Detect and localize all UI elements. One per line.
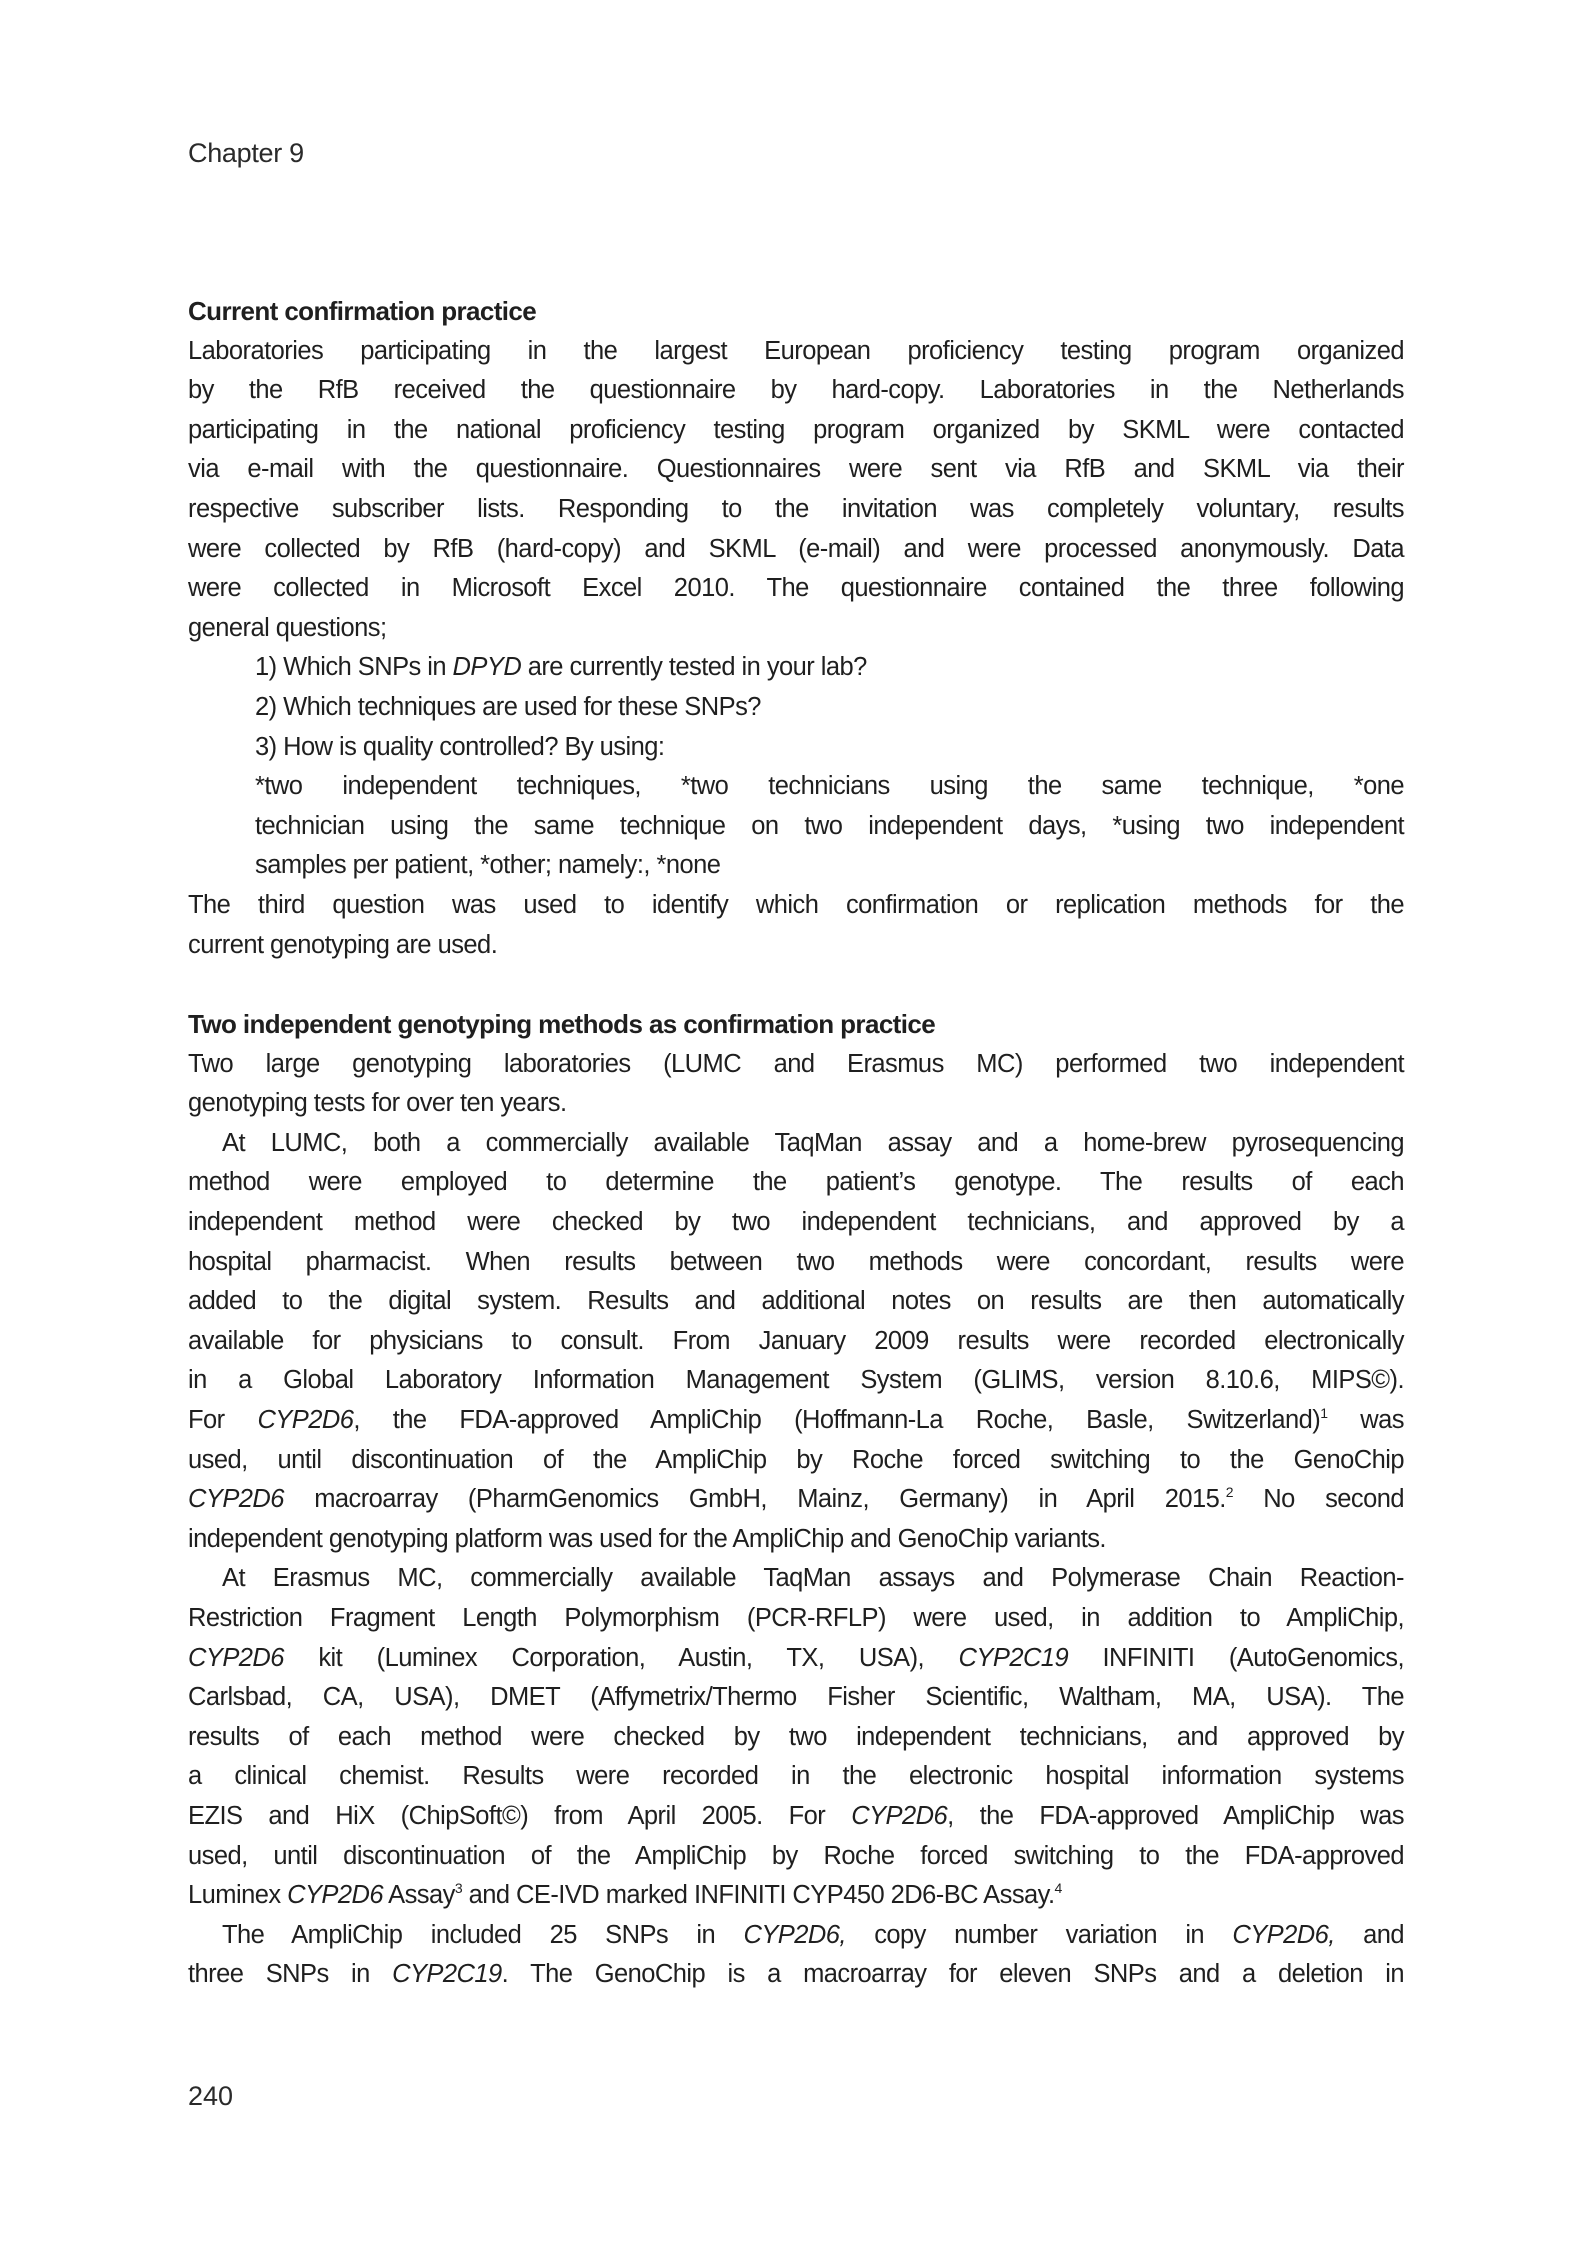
text-line: Two large genotyping laboratories (LUMC …: [188, 1045, 1404, 1085]
text-run: copy number variation in: [846, 1921, 1232, 1949]
reference-superscript[interactable]: 4: [1055, 1880, 1062, 1896]
gene-name: DPYD: [453, 653, 522, 681]
section-heading-two-methods: Two independent genotyping methods as co…: [188, 1005, 1404, 1045]
text-run: macroarray (PharmGenomics GmbH, Mainz, G…: [284, 1485, 1226, 1513]
text-run: No second: [1233, 1485, 1404, 1513]
text-run: and CE-IVD marked INFINITI CYP450 2D6-BC…: [462, 1881, 1054, 1909]
text-line: respective subscriber lists. Responding …: [188, 490, 1404, 530]
gene-name: CYP2D6: [287, 1881, 383, 1909]
text-line: added to the digital system. Results and…: [188, 1282, 1404, 1322]
text-line: participating in the national proficienc…: [188, 411, 1404, 451]
text-run: Luminex: [188, 1881, 287, 1909]
text-line: a clinical chemist. Results were recorde…: [188, 1757, 1404, 1797]
document-page: Chapter 9 Current confirmation practice …: [0, 0, 1594, 2250]
gene-name: CYP2D6: [188, 1644, 284, 1672]
text-line: in a Global Laboratory Information Manag…: [188, 1361, 1404, 1401]
paragraph-amplichip: The AmpliChip included 25 SNPs in CYP2D6…: [188, 1916, 1404, 1995]
text-line: were collected by RfB (hard-copy) and SK…: [188, 530, 1404, 570]
text-line: three SNPs in CYP2C19. The GenoChip is a…: [188, 1955, 1404, 1995]
question-item-1: 1) Which SNPs in DPYD are currently test…: [255, 648, 1404, 688]
text-line: genotyping tests for over ten years.: [188, 1084, 1404, 1124]
text-run: was: [1327, 1406, 1404, 1434]
text-line: via e-mail with the questionnaire. Quest…: [188, 450, 1404, 490]
paragraph-questionnaire: Laboratories participating in the larges…: [188, 332, 1404, 649]
text-line: EZIS and HiX (ChipSoft©) from April 2005…: [188, 1797, 1404, 1837]
text-run: , the FDA-approved AmpliChip (Hoffmann-L…: [353, 1406, 1320, 1434]
text-line: available for physicians to consult. Fro…: [188, 1322, 1404, 1362]
paragraph-third-question: The third question was used to identify …: [188, 886, 1404, 965]
text-line: At LUMC, both a commercially available T…: [188, 1124, 1404, 1164]
text-line: method were employed to determine the pa…: [188, 1163, 1404, 1203]
gene-name: CYP2D6,: [743, 1921, 845, 1949]
text-line: CYP2D6 macroarray (PharmGenomics GmbH, M…: [188, 1480, 1404, 1520]
option-line: *two independent techniques, *two techni…: [255, 767, 1404, 807]
paragraph-lumc: At LUMC, both a commercially available T…: [188, 1124, 1404, 1560]
text-line: used, until discontinuation of the Ampli…: [188, 1441, 1404, 1481]
text-line: by the RfB received the questionnaire by…: [188, 371, 1404, 411]
paragraph-intro: Two large genotyping laboratories (LUMC …: [188, 1045, 1404, 1124]
text-line: current genotyping are used.: [188, 926, 1404, 966]
text-line: CYP2D6 kit (Luminex Corporation, Austin,…: [188, 1639, 1404, 1679]
text-line: The third question was used to identify …: [188, 886, 1404, 926]
section-heading-current-confirmation: Current confirmation practice: [188, 292, 1404, 332]
question-item-2: 2) Which techniques are used for these S…: [255, 688, 1404, 728]
text-line: At Erasmus MC, commercially available Ta…: [188, 1559, 1404, 1599]
text-line: Luminex CYP2D6 Assay3 and CE-IVD marked …: [188, 1876, 1404, 1916]
reference-superscript[interactable]: 3: [455, 1880, 462, 1896]
gene-name: CYP2D6: [257, 1406, 353, 1434]
text-line: were collected in Microsoft Excel 2010. …: [188, 569, 1404, 609]
text-line: For CYP2D6, the FDA-approved AmpliChip (…: [188, 1401, 1404, 1441]
text-line: Carlsbad, CA, USA), DMET (Affymetrix/The…: [188, 1678, 1404, 1718]
gene-name: CYP2D6: [851, 1802, 947, 1830]
text-line: The AmpliChip included 25 SNPs in CYP2D6…: [188, 1916, 1404, 1956]
gene-name: CYP2C19: [392, 1960, 502, 1988]
text-line: results of each method were checked by t…: [188, 1718, 1404, 1758]
text-line: general questions;: [188, 609, 1404, 649]
section-gap: [188, 965, 1404, 1005]
body-text: Current confirmation practice Laboratori…: [188, 292, 1404, 1995]
text-run: three SNPs in: [188, 1960, 392, 1988]
text-line: Restriction Fragment Length Polymorphism…: [188, 1599, 1404, 1639]
gene-name: CYP2D6: [188, 1485, 284, 1513]
text-line: used, until discontinuation of the Ampli…: [188, 1837, 1404, 1877]
option-line: samples per patient, *other; namely:, *n…: [255, 846, 1404, 886]
text-run: The AmpliChip included 25 SNPs in: [222, 1921, 743, 1949]
text-run: For: [188, 1406, 257, 1434]
question-text: 1) Which SNPs in: [255, 653, 453, 681]
text-run: . The GenoChip is a macroarray for eleve…: [502, 1960, 1404, 1988]
question-text: are currently tested in your lab?: [521, 653, 867, 681]
text-run: kit (Luminex Corporation, Austin, TX, US…: [284, 1644, 959, 1672]
page-number: 240: [188, 2081, 233, 2112]
text-run: and: [1335, 1921, 1404, 1949]
gene-name: CYP2C19: [959, 1644, 1069, 1672]
question-item-3: 3) How is quality controlled? By using:: [255, 728, 1404, 768]
text-run: , the FDA-approved AmpliChip was: [947, 1802, 1404, 1830]
text-line: independent genotyping platform was used…: [188, 1520, 1404, 1560]
text-line: hospital pharmacist. When results betwee…: [188, 1243, 1404, 1283]
text-run: EZIS and HiX (ChipSoft©) from April 2005…: [188, 1802, 851, 1830]
text-run: Assay: [383, 1881, 455, 1909]
text-run: INFINITI (AutoGenomics,: [1068, 1644, 1404, 1672]
paragraph-erasmus: At Erasmus MC, commercially available Ta…: [188, 1559, 1404, 1915]
text-line: Laboratories participating in the larges…: [188, 332, 1404, 372]
question-list: 1) Which SNPs in DPYD are currently test…: [188, 648, 1404, 886]
reference-superscript[interactable]: 2: [1226, 1484, 1233, 1500]
text-line: independent method were checked by two i…: [188, 1203, 1404, 1243]
running-head: Chapter 9: [188, 138, 304, 169]
option-line: technician using the same technique on t…: [255, 807, 1404, 847]
gene-name: CYP2D6,: [1232, 1921, 1334, 1949]
